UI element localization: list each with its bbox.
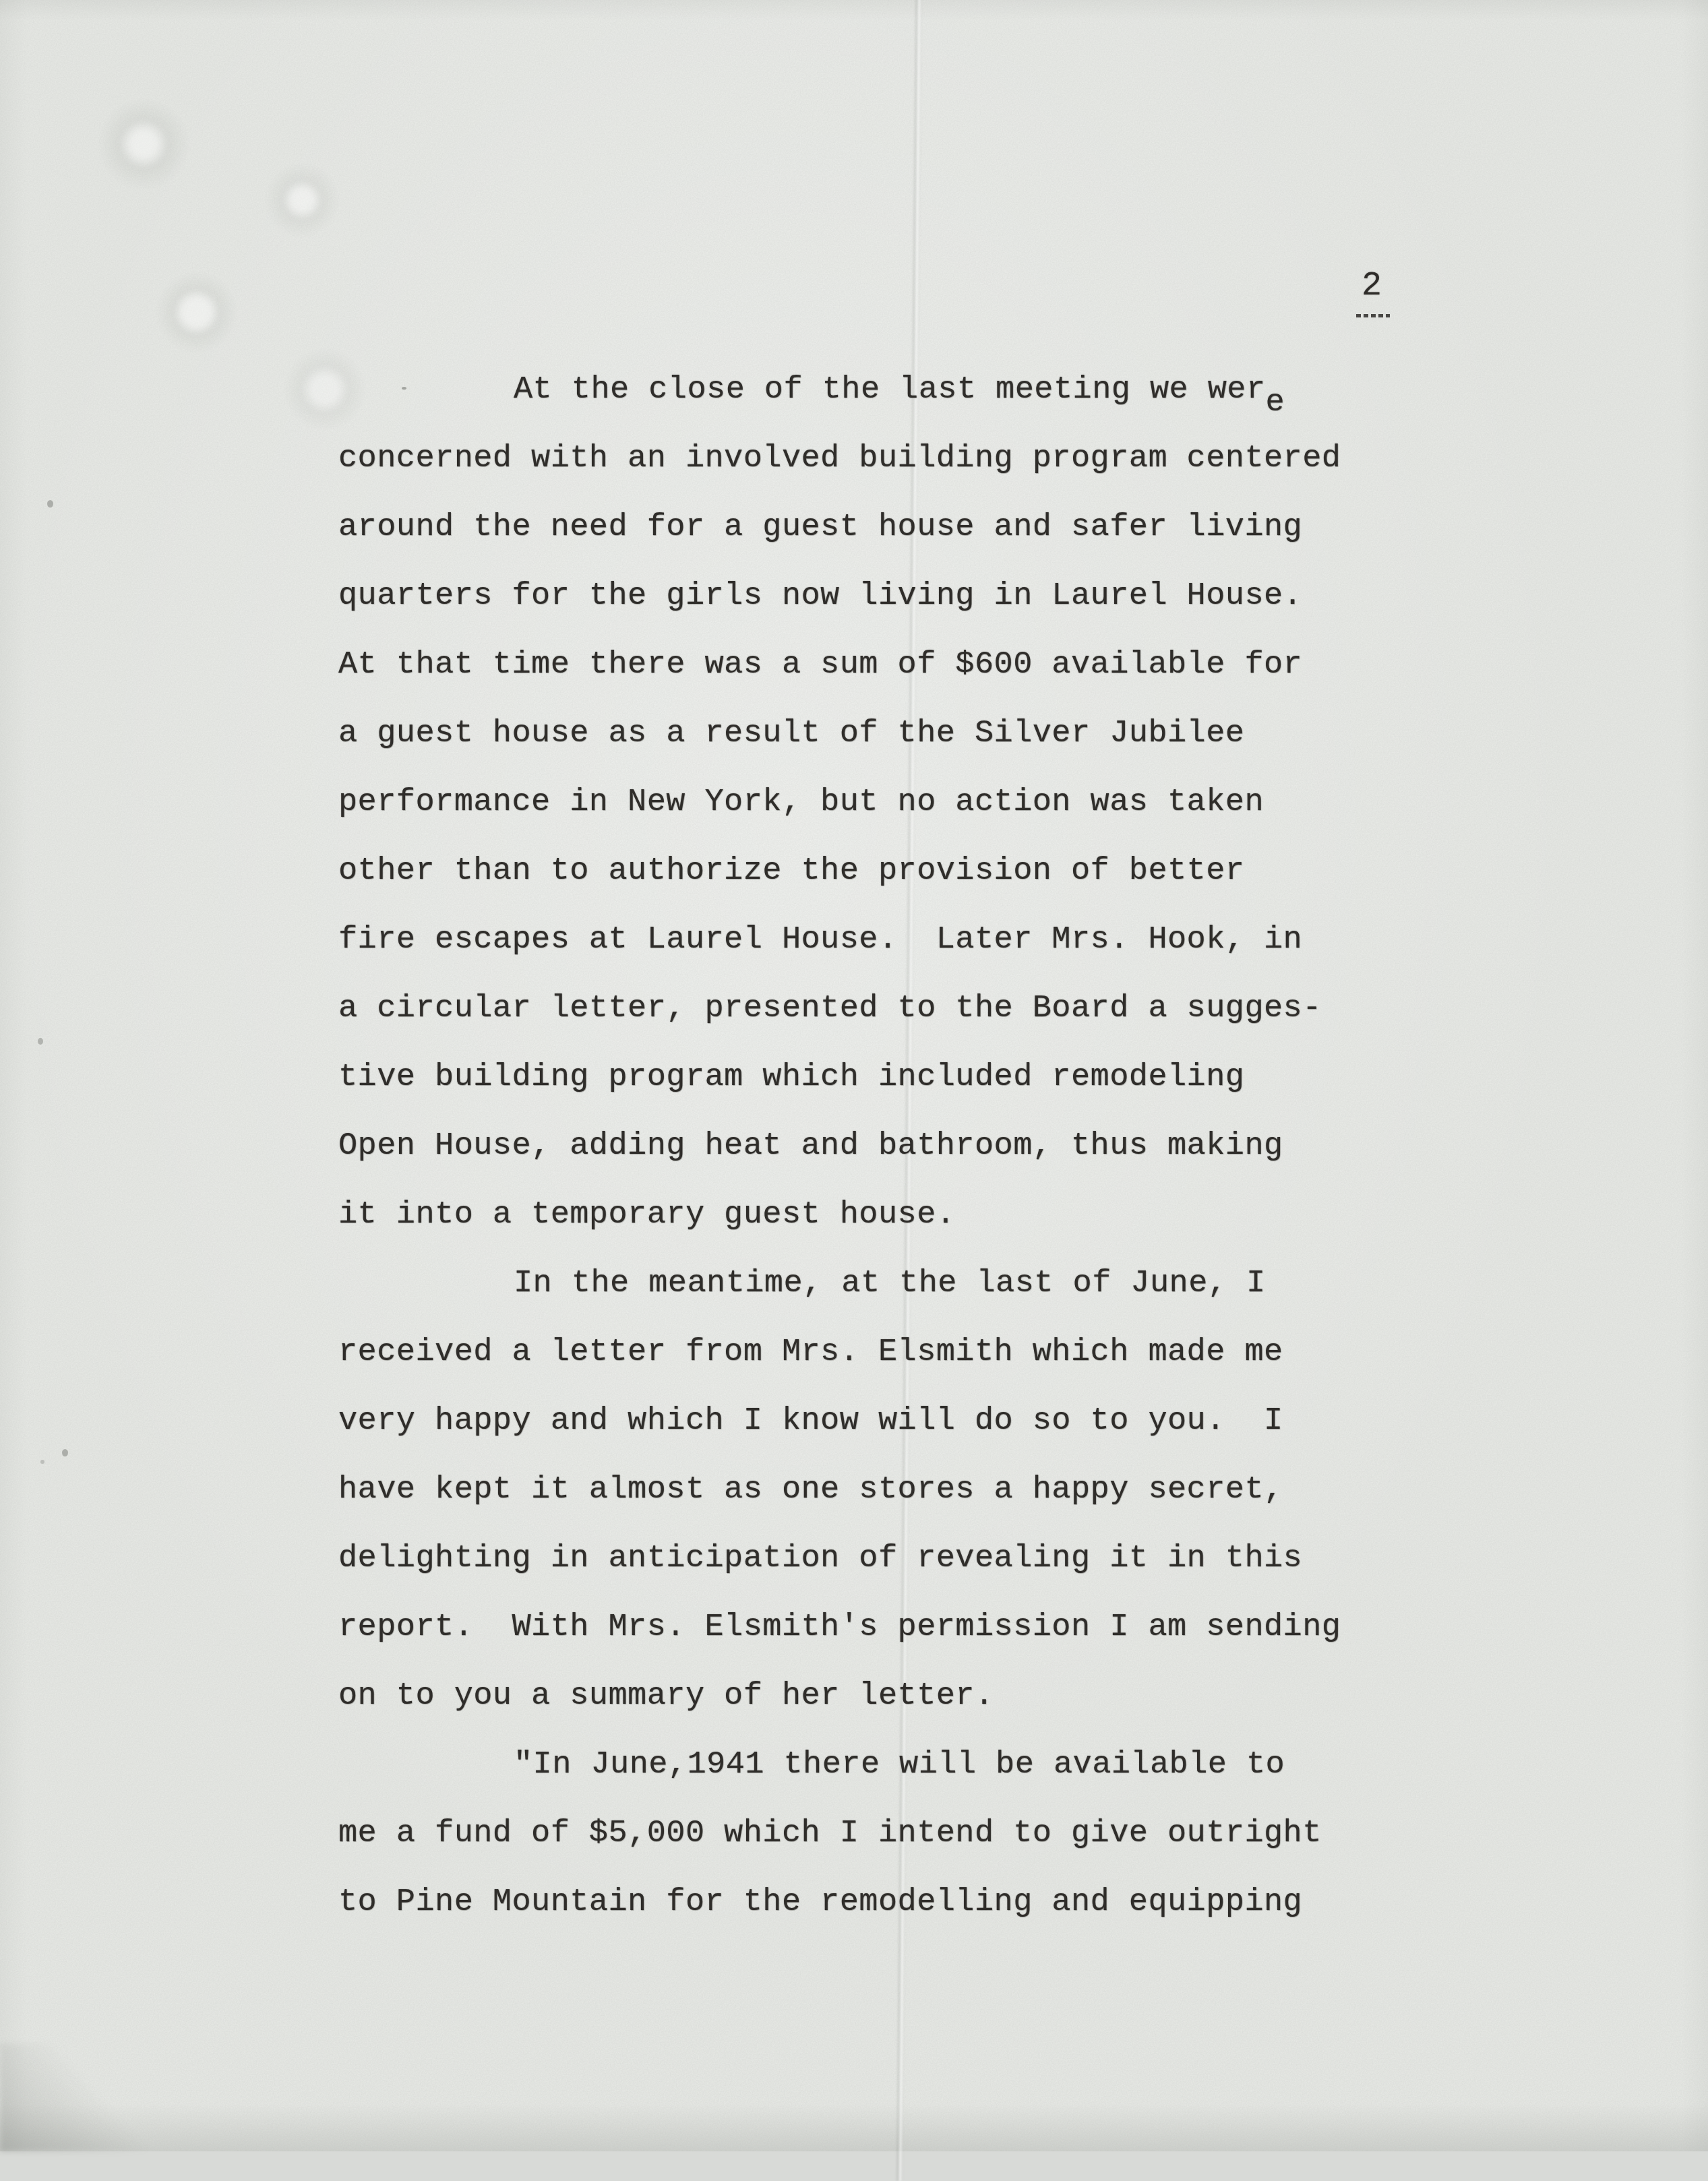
- typed-line: Open House, adding heat and bathroom, th…: [338, 1112, 1417, 1181]
- typed-line-text: At that time there was a sum of $600 ava…: [338, 647, 1302, 683]
- typed-line-text: "In June,1941 there will be available to: [514, 1747, 1285, 1783]
- page-number-underline: [1356, 314, 1390, 317]
- typed-line: a circular letter, presented to the Boar…: [338, 975, 1417, 1043]
- typed-line-text: a guest house as a result of the Silver …: [338, 716, 1244, 751]
- typed-line-text: report. With Mrs. Elsmith's permission I…: [338, 1609, 1341, 1645]
- typed-line: "In June,1941 there will be available to: [338, 1731, 1417, 1800]
- typed-line-text: In the meantime, at the last of June, I: [514, 1266, 1266, 1301]
- typed-line-text: tive building program which included rem…: [338, 1059, 1244, 1095]
- typed-line-text: very happy and which I know will do so t…: [338, 1403, 1283, 1439]
- dropped-letter: e: [1266, 385, 1285, 421]
- scanned-page: 2 At the close of the last meeting we we…: [0, 0, 1708, 2151]
- typed-line-text: fire escapes at Laurel House. Later Mrs.…: [338, 922, 1302, 958]
- typed-line: on to you a summary of her letter.: [338, 1662, 1417, 1731]
- typed-line: concerned with an involved building prog…: [338, 425, 1417, 493]
- typed-line: performance in New York, but no action w…: [338, 768, 1417, 837]
- typed-line-text: it into a temporary guest house.: [338, 1197, 955, 1233]
- typed-line: it into a temporary guest house.: [338, 1181, 1417, 1250]
- typed-line-text: around the need for a guest house and sa…: [338, 510, 1302, 545]
- typed-line: In the meantime, at the last of June, I: [338, 1250, 1417, 1318]
- typed-line-text: to Pine Mountain for the remodelling and…: [338, 1884, 1302, 1920]
- typed-line: other than to authorize the provision of…: [338, 837, 1417, 906]
- typed-line-text: Open House, adding heat and bathroom, th…: [338, 1128, 1283, 1164]
- typed-line-text: concerned with an involved building prog…: [338, 441, 1341, 477]
- typed-line: delighting in anticipation of revealing …: [338, 1525, 1417, 1593]
- typed-line: At that time there was a sum of $600 ava…: [338, 631, 1417, 700]
- typed-line-text: me a fund of $5,000 which I intend to gi…: [338, 1816, 1322, 1851]
- typed-line: quarters for the girls now living in Lau…: [338, 562, 1417, 631]
- typed-line-text: other than to authorize the provision of…: [338, 853, 1244, 889]
- typed-line-text: quarters for the girls now living in Lau…: [338, 578, 1302, 614]
- margin-mark: [38, 1038, 43, 1045]
- margin-mark: [40, 1460, 44, 1464]
- typed-line: report. With Mrs. Elsmith's permission I…: [338, 1593, 1417, 1662]
- typed-line: fire escapes at Laurel House. Later Mrs.…: [338, 906, 1417, 975]
- page-number: 2: [1352, 267, 1391, 305]
- typed-line: have kept it almost as one stores a happ…: [338, 1456, 1417, 1525]
- typed-text-block: At the close of the last meeting we were…: [338, 356, 1417, 1937]
- typed-line-text: At the close of the last meeting we wer: [514, 372, 1266, 408]
- typed-line: At the close of the last meeting we were: [338, 356, 1417, 425]
- margin-mark: [62, 1449, 68, 1456]
- typed-line: received a letter from Mrs. Elsmith whic…: [338, 1318, 1417, 1387]
- bottom-corner-fold: [0, 2044, 148, 2151]
- margin-mark: [47, 500, 53, 508]
- typed-line-text: a circular letter, presented to the Boar…: [338, 991, 1322, 1026]
- typed-line: to Pine Mountain for the remodelling and…: [338, 1868, 1417, 1937]
- typed-line-text: performance in New York, but no action w…: [338, 785, 1264, 820]
- typed-line: around the need for a guest house and sa…: [338, 493, 1417, 562]
- typed-line: very happy and which I know will do so t…: [338, 1387, 1417, 1456]
- typed-line-text: received a letter from Mrs. Elsmith whic…: [338, 1334, 1283, 1370]
- typed-line: me a fund of $5,000 which I intend to gi…: [338, 1800, 1417, 1868]
- typed-line: tive building program which included rem…: [338, 1043, 1417, 1112]
- typed-line-text: delighting in anticipation of revealing …: [338, 1541, 1302, 1576]
- typed-line-text: have kept it almost as one stores a happ…: [338, 1472, 1283, 1508]
- typed-line: a guest house as a result of the Silver …: [338, 700, 1417, 768]
- typed-line-text: on to you a summary of her letter.: [338, 1678, 994, 1714]
